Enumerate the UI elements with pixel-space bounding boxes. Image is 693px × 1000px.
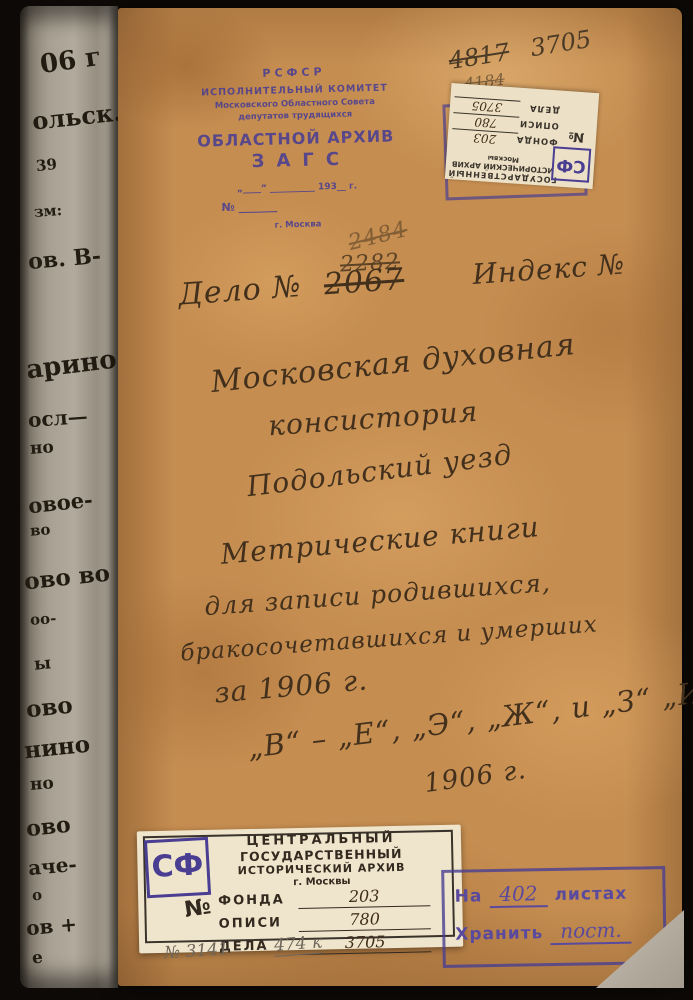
title-line-births: для записи родившихся,	[203, 568, 551, 621]
index-label: Индекс №	[471, 247, 626, 291]
title-line-metric-books: Метрические книги	[219, 510, 541, 571]
title-line-consistory-2: консистория	[267, 395, 479, 443]
spine-text-fragment: зм:	[33, 201, 62, 221]
spine-text-fragment: но	[29, 437, 54, 459]
spine-text-fragment: ольск.	[31, 97, 123, 135]
row-label: ФОНДА	[218, 892, 298, 909]
label-organization: ЦЕНТРАЛЬНЫЙ ГОСУДАРСТВЕННЫЙ ИСТОРИЧЕСКИЙ…	[215, 830, 428, 889]
listah-word: листах	[554, 884, 627, 905]
row-value: 203	[298, 885, 430, 909]
archival-book-cover-photo: 06 г ольск. 39 зм: ов. В- арино осл— но …	[0, 0, 693, 1000]
storage-row: Хранить пост.	[455, 917, 653, 946]
title-line-uezd: Подольский уезд	[245, 438, 514, 503]
spine-text-fragment: аче-	[27, 852, 78, 880]
store-word: Хранить	[455, 923, 543, 945]
title-line-marriages-deaths: бракосочетавшихся и умерших	[180, 611, 599, 666]
spine-text-fragment: ово во	[23, 560, 111, 596]
row-value: 780	[298, 908, 430, 932]
sheets-count-stamp: На 402 листах Хранить пост.	[441, 866, 667, 968]
sf-stamp: СФ	[144, 837, 211, 898]
zags-archive-stamp: РСФСР ИСПОЛНИТЕЛЬНЫЙ КОМИТЕТ Московского…	[188, 63, 404, 232]
label-organization: ГОСУДАРСТВЕННЫЙ ИСТОРИЧЕСКИЙ АРХИВ Москв…	[447, 151, 559, 185]
book-front-cover: РСФСР ИСПОЛНИТЕЛЬНЫЙ КОМИТЕТ Московского…	[118, 8, 682, 986]
spine-text-fragment: е	[31, 948, 43, 969]
spine-text-fragment: нино	[23, 731, 92, 765]
spine-text-fragment: 39	[35, 155, 58, 175]
opis-row: ОПИСИ 780	[218, 908, 430, 933]
stamp-date-line: „____“ __________ 193__ г.	[191, 180, 403, 196]
stamp-line: РСФСР	[188, 63, 400, 82]
spine-text-fragment: ов. В-	[27, 243, 102, 275]
storage-term-value: пост.	[550, 918, 632, 945]
number-sign: №	[568, 128, 585, 144]
spine-text-fragment: оо-	[29, 609, 56, 629]
year-line: 1906 г.	[422, 755, 528, 799]
fond-row: ФОНДА 203	[218, 885, 430, 910]
delo-label: Дело №	[177, 269, 302, 313]
stamp-number-line: № _______	[191, 196, 403, 215]
delo-number: 2067	[323, 262, 406, 303]
spine-text-fragment: ово	[25, 812, 72, 843]
stamp-line: ЗАГС	[190, 147, 402, 174]
sheets-count-value: 402	[489, 881, 548, 908]
spine-text-fragment: о	[31, 886, 42, 905]
row-label: ФОНДА	[517, 134, 558, 147]
pencil-number-left: № 3141	[163, 939, 229, 963]
spine-text-fragment: 06 г	[38, 42, 103, 80]
handwritten-corner-numbers: 4817 3705	[447, 25, 593, 75]
title-line-consistory-1: Московская духовная	[209, 327, 577, 400]
case-number-line: Дело № 2067 Индекс №	[177, 246, 626, 312]
book-spine: 06 г ольск. 39 зм: ов. В- арино осл— но …	[20, 6, 118, 988]
upside-down-archive-label: ГОСУДАРСТВЕННЫЙ ИСТОРИЧЕСКИЙ АРХИВ Москв…	[445, 83, 599, 189]
spine-text-fragment: ово	[25, 692, 74, 724]
spine-text-fragment: но	[29, 773, 54, 795]
kept-number: 3705	[528, 25, 593, 62]
spine-text-fragment: ы	[33, 653, 52, 674]
spine-text-fragment: во	[29, 520, 51, 539]
fond-opis-delo-rows: ФОНДА 203 ОПИСИ 780 ДЕЛА 3705	[451, 95, 560, 150]
row-label: ОПИСИ	[519, 118, 560, 131]
sf-stamp: СФ	[551, 146, 591, 183]
row-label: ОПИСИ	[219, 915, 299, 932]
spine-text-fragment: овое-	[27, 487, 94, 519]
title-line-year: за 1906 г.	[213, 663, 369, 709]
sheets-row: На 402 листах	[454, 879, 652, 908]
pencil-number-right: 474 к	[273, 933, 322, 957]
number-sign: №	[183, 894, 213, 923]
na-word: На	[454, 886, 482, 906]
spine-text-fragment: осл—	[27, 404, 88, 432]
spine-text-fragment: арино	[25, 345, 119, 386]
spine-text-fragment: ов +	[25, 912, 78, 940]
row-label: ДЕЛА	[520, 102, 561, 115]
